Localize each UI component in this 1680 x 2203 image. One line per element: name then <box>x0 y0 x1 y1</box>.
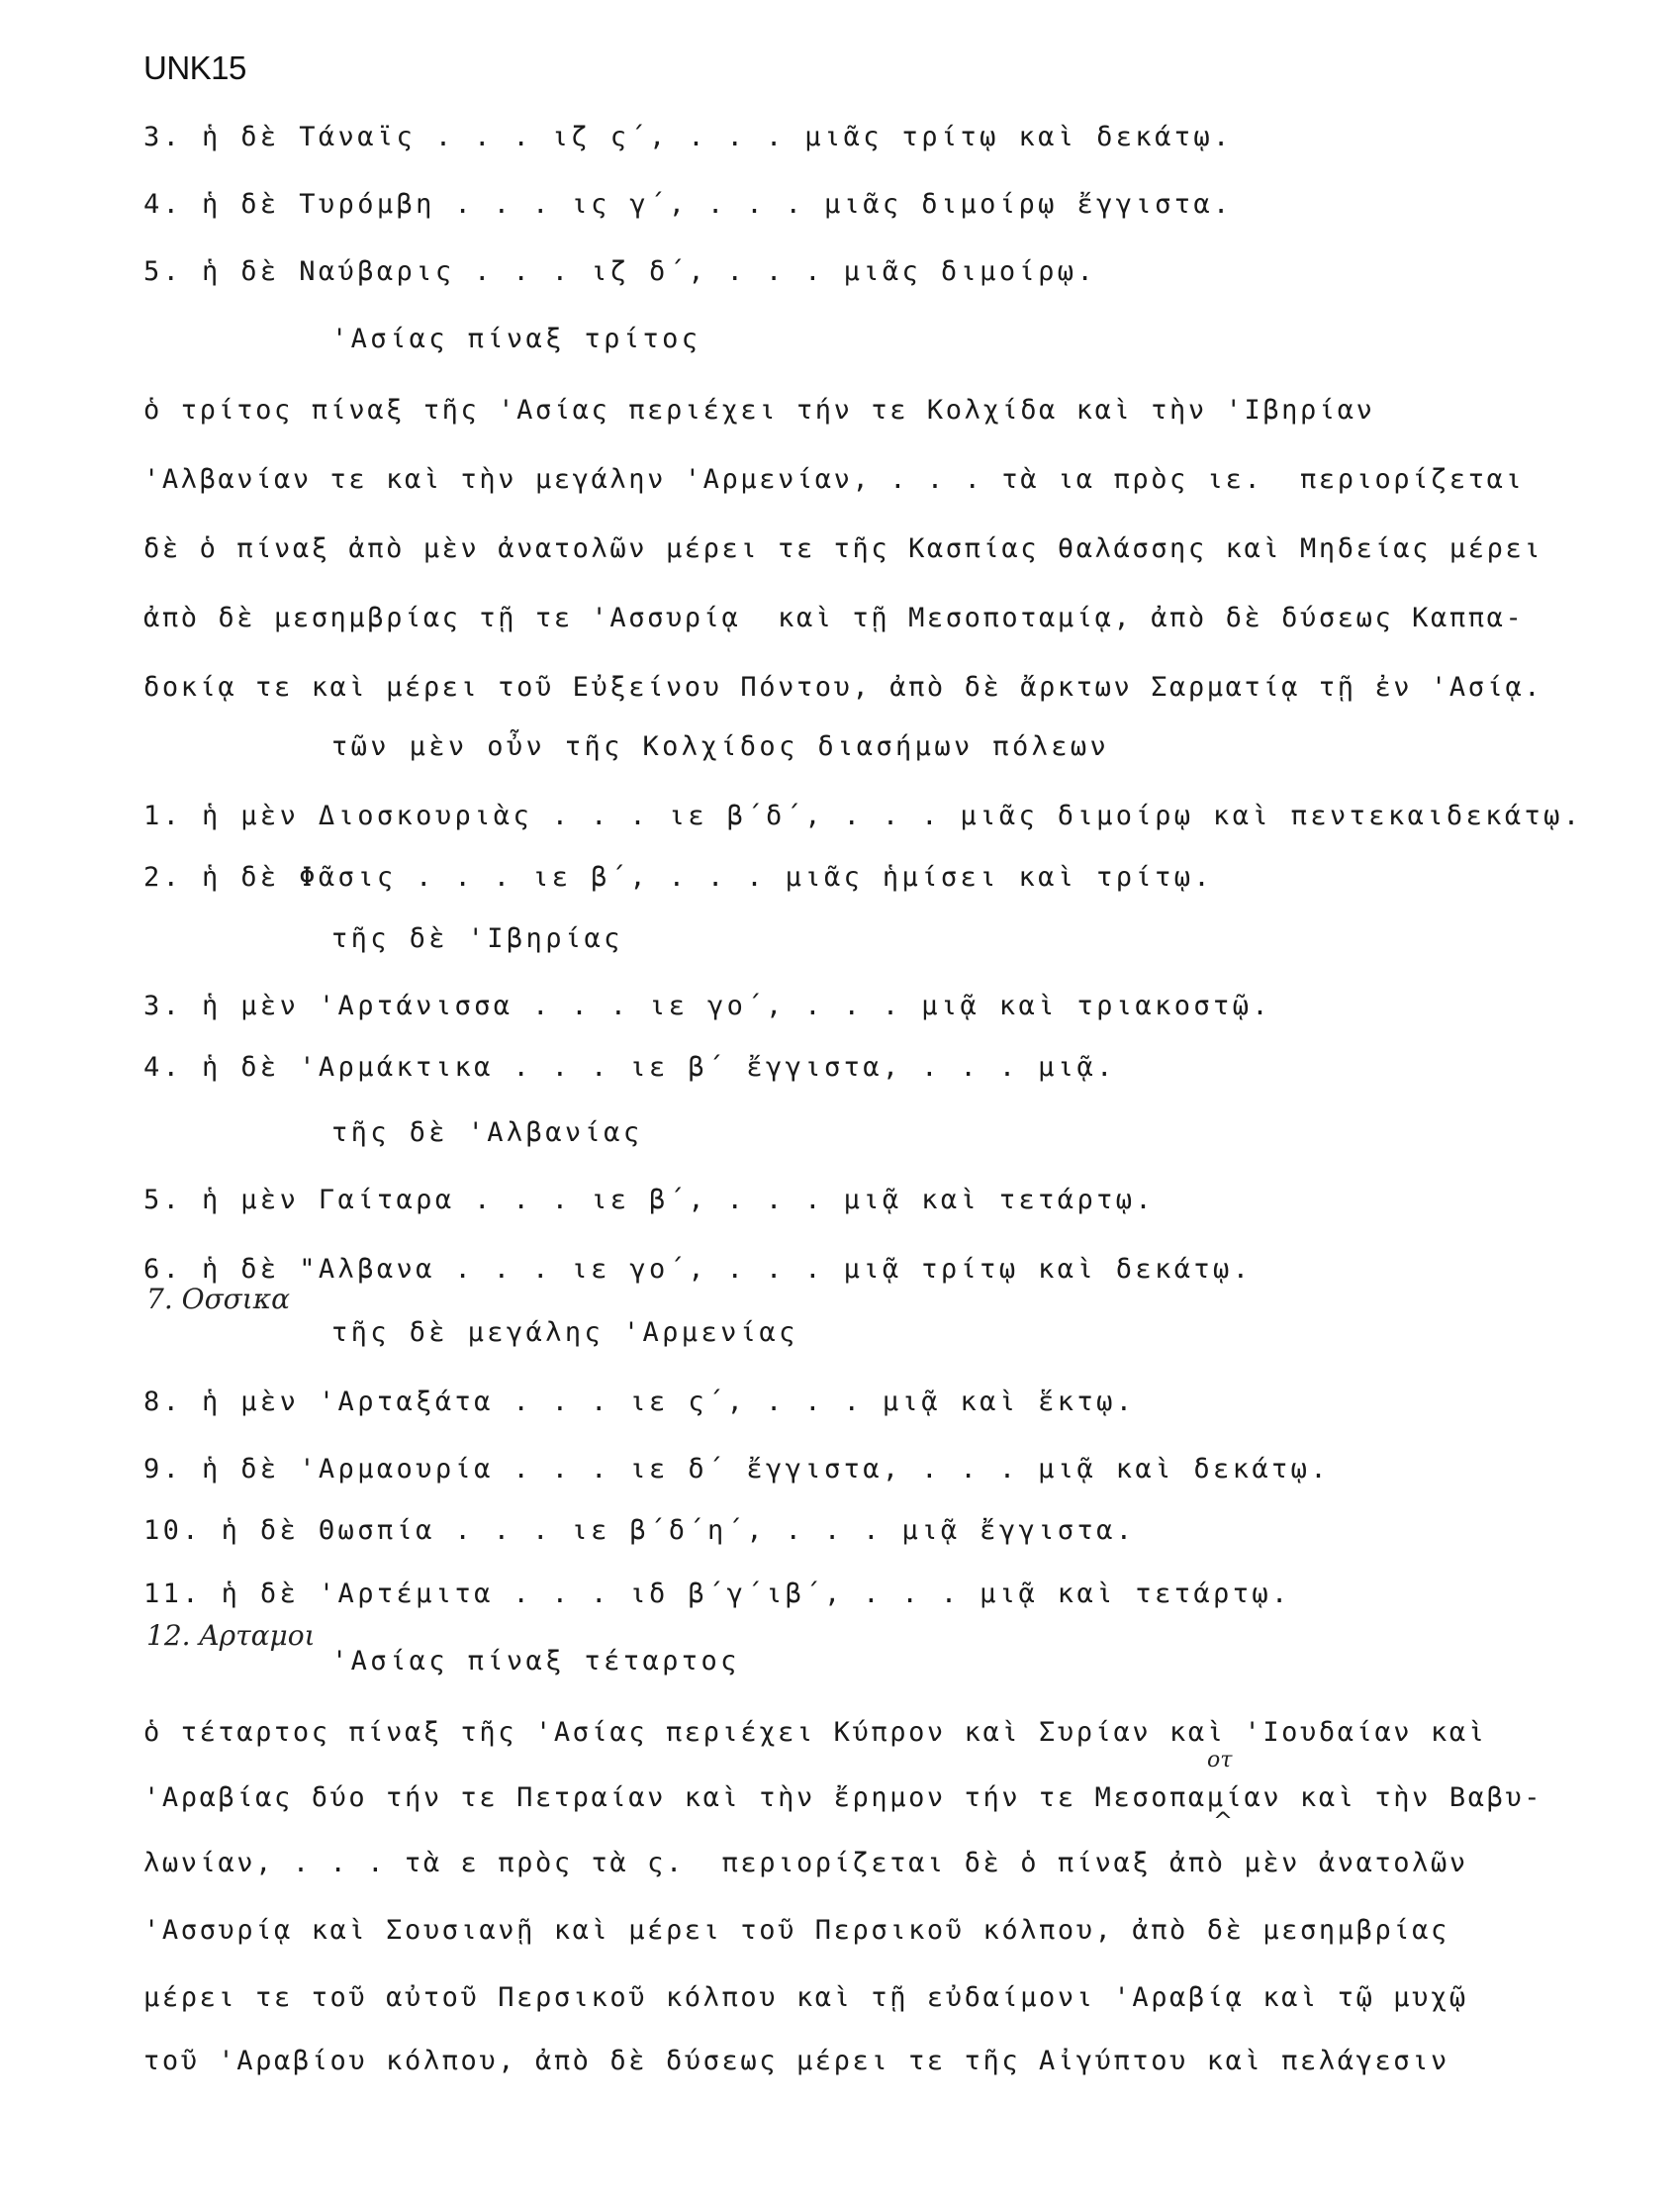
handwritten-note-7: 7. Οσσικα <box>146 1283 290 1315</box>
list-entry-5: 5. ἡ δὲ Ναύβαρις . . . ιζ δ΄, . . . μιᾶς… <box>143 255 1096 289</box>
list-entry-5: 5. ἡ μὲν Γαίταρα . . . ιε β΄, . . . μιᾷ … <box>143 1184 1155 1217</box>
subheading-albania: τῆς δὲ 'Αλβανίας <box>331 1116 643 1150</box>
list-entry-10: 10. ἡ δὲ Θωσπία . . . ιε β΄δ΄η΄, . . . μ… <box>143 1514 1135 1548</box>
list-entry-9: 9. ἡ δὲ 'Αρμαουρία . . . ιε δ΄ ἔγγιστα, … <box>143 1453 1330 1486</box>
list-entry-1: 1. ἡ μὲν Διοσκουριὰς . . . ιε β΄δ΄, . . … <box>143 800 1583 833</box>
handwritten-note-12: 12. Αρταμοι <box>146 1619 316 1652</box>
page-label: UNK15 <box>143 49 246 87</box>
paragraph-line: ἀπὸ δὲ μεσημβρίας τῇ τε 'Ασσυρίᾳ καὶ τῇ … <box>143 602 1524 635</box>
paragraph-line: τοῦ 'Αραβίου κόλπου, ἀπὸ δὲ δύσεως μέρει… <box>143 2045 1449 2078</box>
paragraph-line: 'Ασσυρίᾳ καὶ Σουσιανῇ καὶ μέρει τοῦ Περσ… <box>143 1914 1449 1948</box>
subheading-colchis: τῶν μὲν οὖν τῆς Κολχίδος διασήμων πόλεων <box>331 730 1109 764</box>
subheading-greater-armenia: τῆς δὲ μεγάλης 'Αρμενίας <box>331 1316 798 1350</box>
paragraph-line: δοκίᾳ τε καὶ μέρει τοῦ Εὐξείνου Πόντου, … <box>143 671 1542 705</box>
paragraph-line: ὁ τρίτος πίναξ τῆς 'Ασίας περιέχει τήν τ… <box>143 394 1374 428</box>
handwritten-insertion: οτ <box>1207 1748 1232 1772</box>
paragraph-line: 'Αλβανίαν τε καὶ τὴν μεγάλην 'Αρμενίαν, … <box>143 463 1524 497</box>
paragraph-line: λωνίαν, . . . τὰ ε πρὸς τὰ ς. περιορίζετ… <box>143 1847 1468 1880</box>
caret-mark-icon: ^ <box>1213 1807 1233 1835</box>
paragraph-line: ὁ τέταρτος πίναξ τῆς 'Ασίας περιέχει Κύπ… <box>143 1716 1487 1750</box>
section-heading-third-map: 'Ασίας πίναξ τρίτος <box>331 323 700 356</box>
list-entry-4: 4. ἡ δὲ 'Αρμάκτικα . . . ιε β΄ ἔγγιστα, … <box>143 1051 1116 1085</box>
paragraph-line: δὲ ὁ πίναξ ἀπὸ μὲν ἀνατολῶν μέρει τε τῆς… <box>143 532 1542 566</box>
list-entry-3: 3. ἡ μὲν 'Αρτάνισσα . . . ιε γο΄, . . . … <box>143 990 1271 1023</box>
subheading-iberia: τῆς δὲ 'Ιβηρίας <box>331 922 623 956</box>
list-entry-8: 8. ἡ μὲν 'Αρταξάτα . . . ιε ς΄, . . . μι… <box>143 1386 1135 1419</box>
list-entry-3: 3. ἡ δὲ Τάναϊς . . . ιζ ς΄, . . . μιᾶς τ… <box>143 121 1233 154</box>
paragraph-line: μέρει τε τοῦ αὐτοῦ Περσικοῦ κόλπου καὶ τ… <box>143 1981 1468 2015</box>
list-entry-11: 11. ἡ δὲ 'Αρτέμιτα . . . ιδ β΄γ΄ιβ΄, . .… <box>143 1578 1291 1611</box>
list-entry-4: 4. ἡ δὲ Τυρόμβη . . . ις γ΄, . . . μιᾶς … <box>143 188 1233 222</box>
paragraph-line: 'Αραβίας δύο τήν τε Πετραίαν καὶ τὴν ἔρη… <box>143 1781 1542 1815</box>
list-entry-6: 6. ἡ δὲ "Αλβανα . . . ιε γο΄, . . . μιᾷ … <box>143 1253 1252 1287</box>
list-entry-2: 2. ἡ δὲ Φᾶσις . . . ιε β΄, . . . μιᾶς ἡμ… <box>143 861 1213 895</box>
section-heading-fourth-map: 'Ασίας πίναξ τέταρτος <box>331 1645 740 1678</box>
